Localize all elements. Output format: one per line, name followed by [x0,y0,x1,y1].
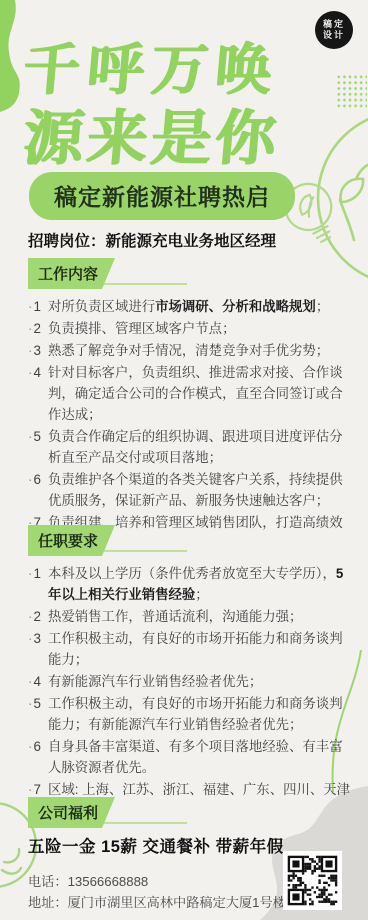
section-welfare: 公司福利 五险一金 15薪 交通餐补 带薪年假 [28,797,353,857]
item-text: 针对目标客户，负责组织、推进需求对接、合作谈判，确定适合公司的合作模式，直至合同… [48,362,353,425]
list-item: ·3熟悉了解竞争对手情况，清楚竞争对手优劣势； [28,340,353,361]
item-number: ·6 [28,736,48,778]
item-number: ·3 [28,628,48,670]
requirements-items-list: ·1本科及以上学历（条件优秀者放宽至大专学历），5年以上相关行业销售经验；·2热… [28,563,353,800]
list-item: ·2热爱销售工作，普通话流利，沟通能力强； [28,606,353,627]
item-number: ·2 [28,318,48,339]
section-requirements: 任职要求 ·1本科及以上学历（条件优秀者放宽至大专学历），5年以上相关行业销售经… [28,525,353,801]
list-item: ·1对所负责区域进行市场调研、分析和战略规划； [28,296,353,317]
section-title-requirements: 任职要求 [28,525,115,556]
top-left-blob-shape [0,0,20,112]
campaign-banner: 稿定新能源社聘热启 [29,172,295,220]
address-value: 厦门市湖里区高林中路稿定大厦1号楼 [68,895,286,910]
list-item: ·6负责维护各个渠道的各类关键客户关系，持续提供优质服务，保证新产品、新服务快速… [28,469,353,511]
section-title-work: 工作内容 [28,258,115,289]
item-number: ·2 [28,606,48,627]
address-label: 地址： [28,895,68,910]
position-title: 招聘岗位：新能源充电业务地区经理 [28,229,276,251]
item-text: 熟悉了解竞争对手情况，清楚竞争对手优劣势； [48,340,353,361]
brand-badge-line2: 设计 [323,30,345,41]
item-text: 对所负责区域进行市场调研、分析和战略规划； [48,296,353,317]
list-item: ·5工作积极主动，有良好的市场开拓能力和商务谈判能力；有新能源汽车行业销售经验者… [28,693,353,735]
item-text: 工作积极主动，有良好的市场开拓能力和商务谈判能力； [48,628,353,670]
section-title-welfare: 公司福利 [28,797,115,828]
contact-block: 电话：13566668888 地址：厦门市湖里区高林中路稿定大厦1号楼 [28,871,286,913]
item-number: ·6 [28,469,48,511]
item-text: 自身具备丰富渠道、有多个项目落地经验、有丰富人脉资源者优先。 [48,736,353,778]
item-text: 有新能源汽车行业销售经验者优先； [48,671,353,692]
item-text: 负责摸排、管理区域客户节点； [48,318,353,339]
item-number: ·1 [28,563,48,605]
item-text: 本科及以上学历（条件优秀者放宽至大专学历），5年以上相关行业销售经验； [48,563,353,605]
list-item: ·1本科及以上学历（条件优秀者放宽至大专学历），5年以上相关行业销售经验； [28,563,353,605]
section-header-wrap: 公司福利 [28,797,353,824]
qr-code [283,851,342,910]
brand-badge: 稿定 设计 [315,11,353,49]
item-number: ·5 [28,426,48,468]
brand-badge-line1: 稿定 [323,19,345,30]
item-number: ·4 [28,671,48,692]
address-row: 地址：厦门市湖里区高林中路稿定大厦1号楼 [28,892,286,913]
position-value: 新能源充电业务地区经理 [106,233,277,250]
phone-number: 13566668888 [68,874,149,889]
work-items-list: ·1对所负责区域进行市场调研、分析和战略规划；·2负责摸排、管理区域客户节点；·… [28,296,353,554]
item-text: 负责合作确定后的组织协调、跟进项目进度评估分析直至产品交付或项目落地； [48,426,353,468]
item-number: ·1 [28,296,48,317]
phone-row: 电话：13566668888 [28,871,286,892]
list-item: ·4针对目标客户，负责组织、推进需求对接、合作谈判，确定适合公司的合作模式，直至… [28,362,353,425]
list-item: ·6自身具备丰富渠道、有多个项目落地经验、有丰富人脉资源者优先。 [28,736,353,778]
list-item: ·4有新能源汽车行业销售经验者优先； [28,671,353,692]
item-number: ·5 [28,693,48,735]
item-number: ·4 [28,362,48,425]
item-number: ·3 [28,340,48,361]
section-header-wrap: 工作内容 [28,258,353,285]
item-text: 工作积极主动，有良好的市场开拓能力和商务谈判能力；有新能源汽车行业销售经验者优先… [48,693,353,735]
phone-label: 电话： [28,874,68,889]
list-item: ·3工作积极主动，有良好的市场开拓能力和商务谈判能力； [28,628,353,670]
section-header-wrap: 任职要求 [28,525,353,552]
item-text: 热爱销售工作，普通话流利，沟通能力强； [48,606,353,627]
section-work-content: 工作内容 ·1对所负责区域进行市场调研、分析和战略规划；·2负责摸排、管理区域客… [28,258,353,555]
position-label: 招聘岗位： [28,233,106,250]
recruitment-poster: 稿定 设计 千呼万唤 源来是你 稿定新能源社聘热启 招聘岗位：新能源充电业务地区… [0,0,368,920]
item-text: 负责维护各个渠道的各类关键客户关系，持续提供优质服务，保证新产品、新服务快速触达… [48,469,353,511]
headline-line2: 源来是你 [20,91,284,177]
list-item: ·5负责合作确定后的组织协调、跟进项目进度评估分析直至产品交付或项目落地； [28,426,353,468]
list-item: ·2负责摸排、管理区域客户节点； [28,318,353,339]
dots-pattern [336,74,367,109]
